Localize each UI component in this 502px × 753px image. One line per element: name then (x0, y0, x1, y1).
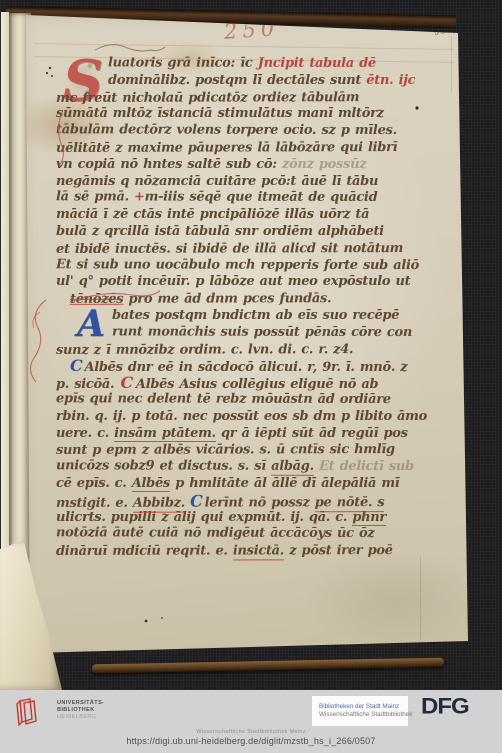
manuscript-line: negāmis q nōzamciā cuitāre pcō:t āuē lī … (56, 174, 458, 191)
ub-heidelberg-logo: UNIVERSITÄTS- BIBLIOTHEK HEIDELBERG (14, 697, 104, 727)
manuscript-text: epīs qui nec delent tē rebz mōuāstn ād o… (56, 391, 391, 407)
rubric-text: ētn. ijc (361, 73, 415, 88)
mainz-badge-line1: Bibliotheken der Stadt Mainz (319, 703, 412, 711)
manuscript-text: dominālibz. postqm lī dectāles sunt (108, 73, 361, 88)
manuscript-textblock: S A luatoris grā inīco: īc Jncipit tabul… (56, 56, 458, 560)
manuscript-line: uēlitātē z maxime pāuperes lā lābōzāre q… (56, 140, 458, 158)
manuscript-text: mstigit. e. (56, 495, 133, 510)
manuscript-line: sunt p epm z albēs vicārios. s. ū cntīs … (56, 442, 458, 460)
ub-heidelberg-line3: HEIDELBERG (57, 714, 104, 721)
mainz-badge-line2: Wissenschaftliche Stadtbibliothek (319, 711, 412, 719)
manuscript-line: ul' q° potit incēuīr. p lābōze aut meo e… (56, 274, 458, 291)
manuscript-line: tābulām dectōrz volens torpere ocio. sz … (56, 122, 458, 140)
manuscript-line: uere. c. insām ptātem. qr ā iēpti sūt ād… (56, 426, 458, 443)
manuscript-text: mc freūt nicholaū pdicatōz ordiez tābulā… (56, 90, 359, 106)
holding-institution-caption: Wissenschaftliche Stadtbibliothek Mainz (0, 729, 502, 735)
manuscript-page: 250 ijc S A luatoris grā inīco: īc Jncip… (0, 0, 502, 690)
manuscript-text: tēnōzēs (70, 292, 123, 307)
manuscript-line: sūmātā mltōz īstanciā stimulātus manī ml… (56, 106, 458, 123)
manuscript-line: mstigit. e. Abbibz. Clerīnt nō possz pe … (56, 493, 458, 511)
book-snake-weight (92, 658, 444, 674)
manuscript-line: dināruī mdiciū reqrit. e. insictā. z pōs… (56, 543, 458, 561)
manuscript-line: tēnōzēs pro me ād dnm pces fundās. (56, 291, 458, 309)
manuscript-text: uēlitātē z maxime pāuperes lā lābōzāre q… (56, 140, 397, 156)
manuscript-text: Et delictī sub (314, 459, 414, 474)
manuscript-text: notōziā āutē cuiā nō mdigēut āccācōys ūc… (56, 526, 375, 542)
paragraph-mark: C (190, 491, 204, 510)
manuscript-text: lā sē pmā. (56, 190, 134, 205)
manuscript-text: phnr (352, 510, 386, 527)
manuscript-text: m-iiis sēqē que itmeāt de quācid (145, 190, 378, 205)
manuscript-text: insām ptātem. (114, 426, 216, 443)
persistent-url: https://digi.ub.uni-heidelberg.de/diglit… (0, 736, 502, 746)
manuscript-text: et ibidē inuctēs. si ibidē de illā alicd… (56, 241, 403, 257)
manuscript-text: sunz z ī mnōzibz ordim. c. lvn. di. c. r… (56, 342, 353, 358)
manuscript-line: lā sē pmā. +m-iiis sēqē que itmeāt de qu… (56, 190, 458, 208)
citation-footer: UNIVERSITÄTS- BIBLIOTHEK HEIDELBERG Bibl… (0, 690, 502, 753)
manuscript-text: z pōst irer poē (284, 543, 393, 558)
manuscript-line: notōziā āutē cuiā nō mdigēut āccācōys ūc… (56, 526, 458, 544)
manuscript-text: runt monāchis suis possūt pēnās cōre con (112, 324, 412, 340)
manuscript-line: dominālibz. postqm lī dectāles sunt ētn.… (56, 73, 458, 90)
manuscript-line: vn copiā nō hntes saltē sub cō: zōnz pos… (56, 157, 458, 174)
manuscript-text: bulā z qrcillā istā tābulā snr ordiēm al… (56, 224, 384, 239)
manuscript-text: luatoris grā inīco: īc (108, 55, 253, 70)
manuscript-text: tābulām dectōrz volens torpere ocio. sz … (56, 122, 397, 138)
ub-heidelberg-books-icon (14, 697, 52, 727)
manuscript-line: luatoris grā inīco: īc Jncipit tabula dē (56, 55, 458, 73)
manuscript-line: epīs qui nec delent tē rebz mōuāstn ād o… (56, 391, 458, 409)
manuscript-line: bulā z qrcillā istā tābulā snr ordiēm al… (56, 224, 458, 241)
manuscript-line: p. sicōā. CAlbēs Asius collēgius eliguē … (56, 375, 458, 392)
manuscript-line: Et si sub uno uocābulo mch repperis fort… (56, 257, 458, 275)
rubric-text: Jncipit tabula dē (253, 56, 376, 71)
manuscript-scan: 250 ijc S A luatoris grā inīco: īc Jncip… (0, 0, 502, 690)
manuscript-text: lerīnt nō possz (205, 495, 315, 510)
manuscript-text: cē epīs. c. (56, 476, 132, 491)
manuscript-text: insictā. (233, 543, 284, 560)
manuscript-text: Albēs (132, 476, 170, 493)
manuscript-line: runt monāchis suis possūt pēnās cōre con (56, 324, 458, 342)
manuscript-text: sunt p epm z albēs vicārios. s. ū cntīs … (56, 442, 395, 458)
manuscript-text: p. sicōā. (56, 377, 119, 392)
manuscript-text: rbin. q. ij. p totā. nec possūt eos sb d… (56, 409, 427, 424)
manuscript-text: ul' q° potit incēuīr. p lābōze aut meo e… (56, 274, 410, 289)
dfg-logo: DFG (421, 694, 469, 720)
manuscript-text: ulicrts. pupilli z ālij qui expmūt. ij. … (56, 510, 352, 525)
manuscript-text: pe nōtē. s (315, 495, 385, 512)
ub-heidelberg-line2: BIBLIOTHEK (57, 707, 104, 714)
manuscript-text: Et si sub uno uocābulo mch repperis fort… (56, 257, 419, 273)
screenshot-root: 250 ijc S A luatoris grā inīco: īc Jncip… (0, 0, 502, 753)
manuscript-lines: luatoris grā inīco: īc Jncipit tabula dē… (56, 56, 458, 560)
manuscript-line: CAlbēs dnr eē in sācdocō ālicui. r, 9r. … (56, 358, 458, 375)
manuscript-text: negāmis q nōzamciā cuitāre pcō:t āuē lī … (56, 174, 378, 189)
manuscript-text: albāg. (271, 459, 314, 476)
manuscript-text: pro me ād dnm pces fundās. (123, 291, 331, 307)
manuscript-line: rbin. q. ij. p totā. nec possūt eos sb d… (56, 409, 458, 426)
rubric-text: C (119, 373, 135, 392)
mainz-library-badge: Bibliotheken der Stadt Mainz Wissenschaf… (312, 696, 408, 726)
manuscript-line: unicōzs sobz9 et disctus. s. sī albāg. E… (56, 458, 458, 476)
manuscript-line: sunz z ī mnōzibz ordim. c. lvn. di. c. r… (56, 341, 458, 359)
manuscript-text: bates postqm bndictm ab eīs suo recēpē (112, 308, 399, 323)
manuscript-text: qr ā iēpti sūt ād regūī pos (216, 426, 408, 441)
page-crease (420, 556, 421, 640)
manuscript-text: Abbibz. (133, 495, 185, 512)
rubric-text: + (134, 190, 145, 205)
manuscript-text: vn copiā nō hntes saltē sub cō: (56, 157, 277, 172)
manuscript-text: p hmlitāte āl āllē dī ālepāliā mī (170, 476, 399, 491)
manuscript-text: Albēs Asius collēgius eliguē nō ab (136, 377, 378, 392)
manuscript-line: bates postqm bndictm ab eīs suo recēpē (56, 308, 458, 325)
manuscript-text: uere. c. (56, 426, 114, 441)
manuscript-text: māciā ī zē ctās intē pncipāliōzē illās u… (56, 207, 369, 222)
manuscript-text: zōnz possūz (277, 157, 367, 172)
ub-heidelberg-line1: UNIVERSITÄTS- (57, 700, 104, 707)
manuscript-line: māciā ī zē ctās intē pncipāliōzē illās u… (56, 207, 458, 224)
manuscript-line: cē epīs. c. Albēs p hmlitāte āl āllē dī … (56, 476, 458, 493)
manuscript-line: et ibidē inuctēs. si ibidē de illā alicd… (56, 241, 458, 259)
manuscript-line: ulicrts. pupilli z ālij qui expmūt. ij. … (56, 510, 458, 527)
manuscript-line: mc freūt nicholaū pdicatōz ordiez tābulā… (56, 89, 458, 107)
manuscript-text: unicōzs sobz9 et disctus. s. sī (56, 458, 271, 473)
manuscript-text: dināruī mdiciū reqrit. e. (56, 544, 233, 559)
